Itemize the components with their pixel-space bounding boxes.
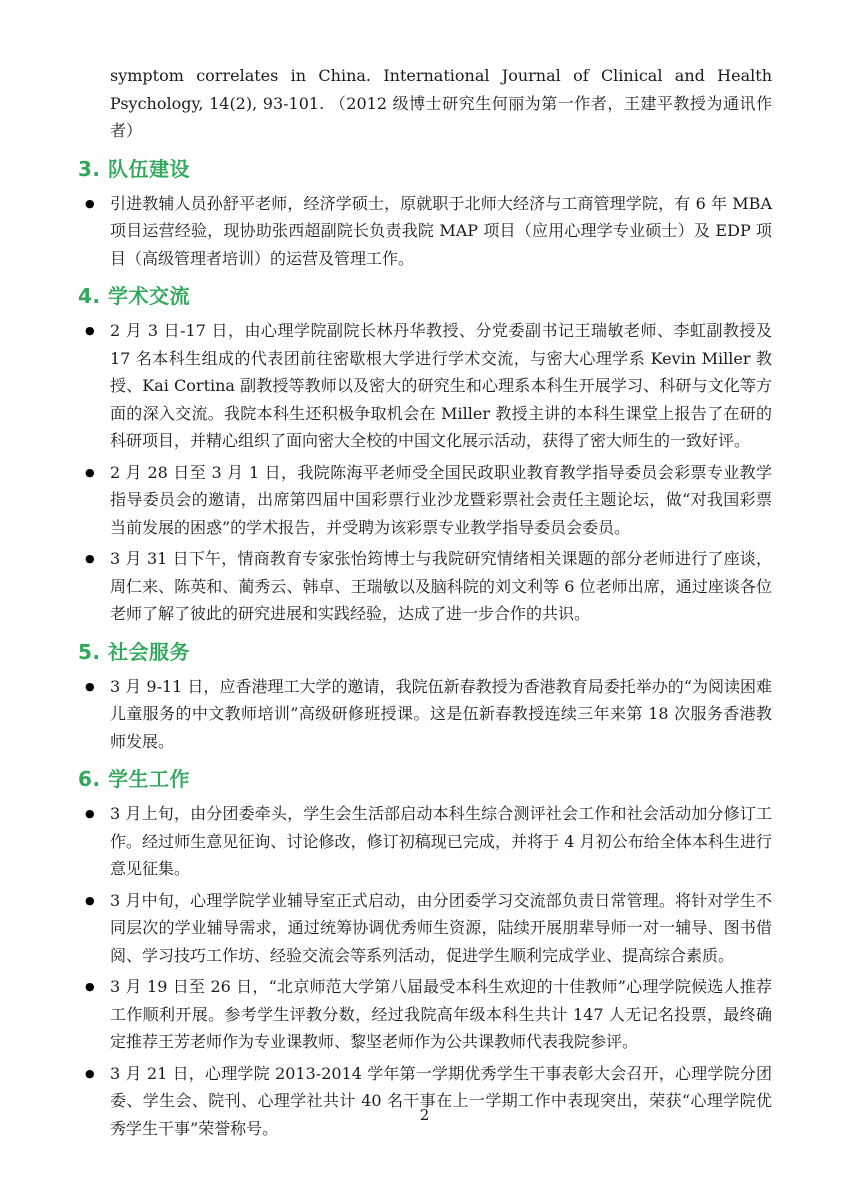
bullet-list: ● 2 月 3 日-17 日，由心理学院副院长林丹华教授、分党委副书记王瑞敏老师… xyxy=(78,317,772,628)
item-text: 2 月 28 日至 3 月 1 日，我院陈海平老师受全国民政职业教育教学指导委员… xyxy=(110,459,772,542)
bullet-icon: ● xyxy=(78,800,110,883)
item-text: 3 月中旬，心理学院学业辅导室正式启动，由分团委学习交流部负责日常管理。将针对学… xyxy=(110,887,772,970)
item-text: 3 月 19 日至 26 日，“北京师范大学第八届最受本科生欢迎的十佳教师”心理… xyxy=(110,973,772,1056)
bullet-icon: ● xyxy=(78,190,110,273)
list-item: ● 2 月 3 日-17 日，由心理学院副院长林丹华教授、分党委副书记王瑞敏老师… xyxy=(78,317,772,455)
item-text: 3 月 9-11 日，应香港理工大学的邀请，我院伍新春教授为香港教育局委托举办的… xyxy=(110,673,772,756)
list-item: ● 3 月 9-11 日，应香港理工大学的邀请，我院伍新春教授为香港教育局委托举… xyxy=(78,673,772,756)
reference-continuation-paragraph: symptom correlates in China. Internation… xyxy=(110,62,772,145)
page-number: 2 xyxy=(0,1106,849,1124)
list-item: ● 3 月中旬，心理学院学业辅导室正式启动，由分团委学习交流部负责日常管理。将针… xyxy=(78,887,772,970)
section-heading-student-work: 6. 学生工作 xyxy=(78,766,772,792)
list-item: ● 2 月 28 日至 3 月 1 日，我院陈海平老师受全国民政职业教育教学指导… xyxy=(78,459,772,542)
list-item: ● 3 月 19 日至 26 日，“北京师范大学第八届最受本科生欢迎的十佳教师”… xyxy=(78,973,772,1056)
document-page: symptom correlates in China. Internation… xyxy=(0,0,849,1200)
bullet-icon: ● xyxy=(78,317,110,455)
section-heading-social-service: 5. 社会服务 xyxy=(78,639,772,665)
list-item: ● 3 月 31 日下午，情商教育专家张怡筠博士与我院研究情绪相关课题的部分老师… xyxy=(78,545,772,628)
section-student-work: 6. 学生工作 ● 3 月上旬，由分团委牵头，学生会生活部启动本科生综合测评社会… xyxy=(78,766,772,1142)
list-item: ● 引进教辅人员孙舒平老师，经济学硕士，原就职于北师大经济与工商管理学院，有 6… xyxy=(78,190,772,273)
item-text: 引进教辅人员孙舒平老师，经济学硕士，原就职于北师大经济与工商管理学院，有 6 年… xyxy=(110,190,772,273)
list-item: ● 3 月 21 日，心理学院 2013-2014 学年第一学期优秀学生干事表彰… xyxy=(78,1060,772,1143)
section-team-building: 3. 队伍建设 ● 引进教辅人员孙舒平老师，经济学硕士，原就职于北师大经济与工商… xyxy=(78,156,772,273)
section-academic-exchange: 4. 学术交流 ● 2 月 3 日-17 日，由心理学院副院长林丹华教授、分党委… xyxy=(78,283,772,628)
section-heading-academic-exchange: 4. 学术交流 xyxy=(78,283,772,309)
bullet-list: ● 3 月 9-11 日，应香港理工大学的邀请，我院伍新春教授为香港教育局委托举… xyxy=(78,673,772,756)
bullet-icon: ● xyxy=(78,673,110,756)
list-item: ● 3 月上旬，由分团委牵头，学生会生活部启动本科生综合测评社会工作和社会活动加… xyxy=(78,800,772,883)
bullet-icon: ● xyxy=(78,1060,110,1143)
item-text: 2 月 3 日-17 日，由心理学院副院长林丹华教授、分党委副书记王瑞敏老师、李… xyxy=(110,317,772,455)
bullet-icon: ● xyxy=(78,459,110,542)
bullet-list: ● 3 月上旬，由分团委牵头，学生会生活部启动本科生综合测评社会工作和社会活动加… xyxy=(78,800,772,1142)
section-social-service: 5. 社会服务 ● 3 月 9-11 日，应香港理工大学的邀请，我院伍新春教授为… xyxy=(78,639,772,756)
section-heading-team-building: 3. 队伍建设 xyxy=(78,156,772,182)
item-text: 3 月上旬，由分团委牵头，学生会生活部启动本科生综合测评社会工作和社会活动加分修… xyxy=(110,800,772,883)
item-text: 3 月 31 日下午，情商教育专家张怡筠博士与我院研究情绪相关课题的部分老师进行… xyxy=(110,545,772,628)
bullet-icon: ● xyxy=(78,545,110,628)
bullet-icon: ● xyxy=(78,887,110,970)
bullet-list: ● 引进教辅人员孙舒平老师，经济学硕士，原就职于北师大经济与工商管理学院，有 6… xyxy=(78,190,772,273)
item-text: 3 月 21 日，心理学院 2013-2014 学年第一学期优秀学生干事表彰大会… xyxy=(110,1060,772,1143)
bullet-icon: ● xyxy=(78,973,110,1056)
